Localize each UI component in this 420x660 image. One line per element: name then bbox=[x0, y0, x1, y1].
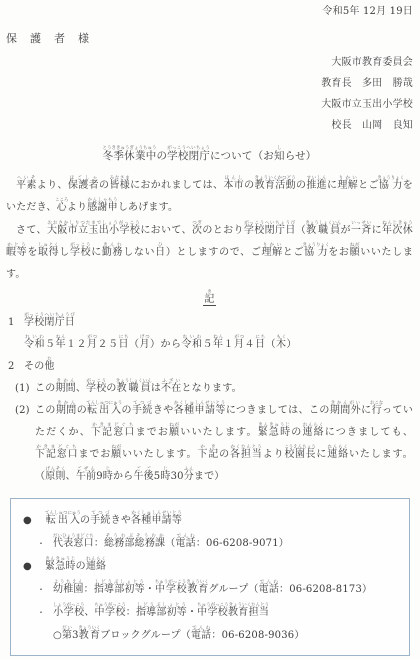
procedures-contact-line: ・ 代表窓口だいひょうまどぐち：総務部総務課そうむぶそうむか（電話でんわ：06-… bbox=[21, 532, 403, 555]
procedures-heading-text: 転出入てんしゅつにゅうの手続てつづきや各種申請等かくしゅしんせいとう bbox=[45, 509, 182, 532]
kindergarten-contact-text: 幼稚園ようちえん：指導部初等しどうぶしょとう・中学校教育ちゅうがっこうきょういく… bbox=[53, 578, 372, 601]
document-date: 令和5年 12月 19日 bbox=[6, 5, 413, 19]
recipient-line: 保 護 者 様 bbox=[6, 30, 413, 46]
section-2-number: 2 bbox=[6, 356, 24, 378]
ki-character: 記き bbox=[203, 294, 215, 306]
note-item-2-number: (2) bbox=[15, 400, 35, 488]
document-title: 冬季休業中とうききゅうぎょうちゅうの学校閉庁がっこうへいちょうについて（お知しら… bbox=[6, 143, 413, 169]
note-item-1-text: この期間きかん、学校がっこうの教職員きょうしょくいんは不在ふざいとなります。 bbox=[35, 378, 413, 400]
procedures-heading-line: ● 転出入てんしゅつにゅうの手続てつづきや各種申請等かくしゅしんせいとう bbox=[21, 509, 403, 532]
note-item-2-text: この期間きかんの転出入てんしゅつにゅうの手続てつづきや各種申請等かくしゅしんせい… bbox=[35, 400, 413, 488]
emergency-heading-text: 緊急時きんきゅうじの連絡れんらく bbox=[45, 555, 106, 578]
section-2-heading: 2 その他た bbox=[6, 356, 413, 378]
paragraph-announcement: さて、大阪市立玉出小学校おおさかしりつたまでしょうがっこうにおいて、次つぎのとお… bbox=[6, 220, 413, 286]
sender-school: 大阪市立玉出小学校 bbox=[6, 94, 413, 115]
procedures-contact-text: 代表窓口だいひょうまどぐち：総務部総務課そうむぶそうむか（電話でんわ：06-62… bbox=[53, 532, 289, 555]
section-1-number: 1 bbox=[6, 312, 24, 334]
bullet-icon: ● bbox=[21, 509, 45, 532]
dash-bullet-icon: ・ bbox=[37, 578, 53, 601]
block-group-contact-line: ○第だい3教育きょういくブロックグループ（電話でんわ：06-6208-9036） bbox=[21, 624, 403, 647]
sender-principal: 校長 山岡 良知 bbox=[6, 115, 413, 136]
sender-block: 大阪市教育委員会 教育長 多田 勝哉 大阪市立玉出小学校 校長 山岡 良知 bbox=[6, 52, 413, 136]
ki-heading: 記き bbox=[6, 288, 413, 312]
kindergarten-contact-line: ・ 幼稚園ようちえん：指導部初等しどうぶしょとう・中学校教育ちゅうがっこうきょう… bbox=[21, 578, 403, 601]
closure-period: 令和れいわ５年ねん１２月がつ２５日にち（月げつ）から令和れいわ５年ねん１月がつ４… bbox=[6, 334, 413, 356]
section-1-title: 学校閉庁日がっこうへいちょうび bbox=[24, 312, 75, 334]
section-2-title: その他た bbox=[24, 356, 55, 378]
dash-bullet-icon: ・ bbox=[37, 532, 53, 555]
section-1-heading: 1 学校閉庁日がっこうへいちょうび bbox=[6, 312, 413, 334]
note-item-1-number: (1) bbox=[15, 378, 35, 400]
paragraph-greeting: 平素へいそより、保護者ほごしゃの皆様みなさまにおかれましては、本市ほんしの教育活… bbox=[6, 175, 413, 219]
sender-superintendent: 教育長 多田 勝哉 bbox=[6, 73, 413, 94]
sender-organization: 大阪市教育委員会 bbox=[6, 52, 413, 73]
bullet-icon: ● bbox=[21, 555, 45, 578]
note-item-1: (1) この期間きかん、学校がっこうの教職員きょうしょくいんは不在ふざいとなりま… bbox=[6, 378, 413, 400]
dash-bullet-icon: ・ bbox=[37, 601, 53, 624]
document-page: 令和5年 12月 19日 保 護 者 様 大阪市教育委員会 教育長 多田 勝哉 … bbox=[0, 0, 420, 660]
school-contact-line: ・ 小学校しょうがっこう、中学校ちゅうがっこう：指導部初等しどうぶしょとう・中学… bbox=[21, 601, 403, 624]
school-contact-text: 小学校しょうがっこう、中学校ちゅうがっこう：指導部初等しどうぶしょとう・中学校教… bbox=[53, 601, 269, 624]
block-group-contact-text: ○第だい3教育きょういくブロックグループ（電話でんわ：06-6208-9036） bbox=[53, 624, 305, 647]
emergency-heading-line: ● 緊急時きんきゅうじの連絡れんらく bbox=[21, 555, 403, 578]
note-item-2: (2) この期間きかんの転出入てんしゅつにゅうの手続てつづきや各種申請等かくしゅ… bbox=[6, 400, 413, 488]
contact-info-box: ● 転出入てんしゅつにゅうの手続てつづきや各種申請等かくしゅしんせいとう ・ 代… bbox=[10, 498, 410, 656]
